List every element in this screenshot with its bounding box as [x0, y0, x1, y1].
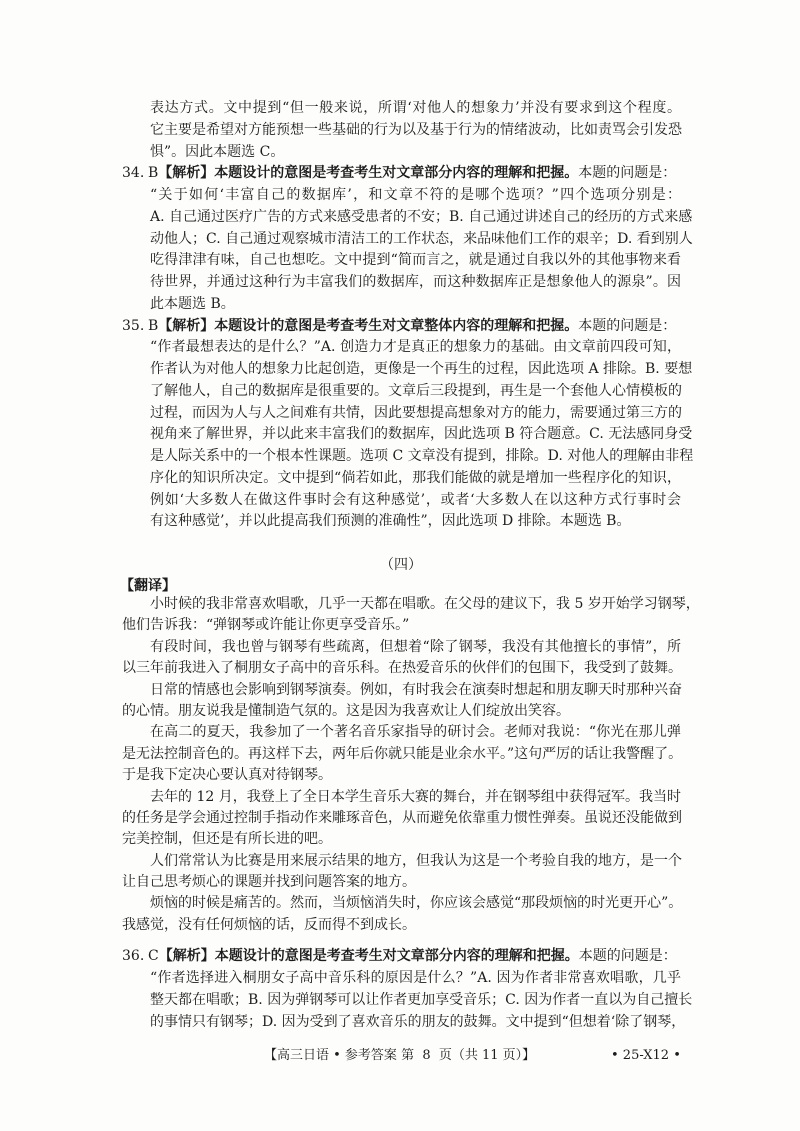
q34-line: 吃得津津有味，自己也想吃。文中提到“简而言之，就是通过自我以外的其他事物来看: [150, 250, 681, 272]
section-heading: （四）: [0, 554, 800, 576]
q36-line: “作者选择进入桐朋女子高中音乐科的原因是什么？”A. 因为作者非常喜欢唱歌，几乎: [150, 967, 681, 989]
paragraph-line: 日常的情感也会影响到钢琴演奏。例如，有时我会在演奏时想起和朋友聊天时那种兴奋: [150, 680, 681, 701]
q33-line: 惧”。因此本题选 C。: [150, 142, 681, 164]
paragraph-line: 的心情。朋友说我是懂制造气氛的。这是因为我喜欢让人们绽放出笑容。: [122, 701, 681, 722]
paragraph-line: 让自己思考烦心的课题并找到问题答案的地方。: [122, 872, 681, 893]
q35-analysis-tag: 【解析】: [158, 318, 214, 334]
q35-line: 例如‘大多数人在做这件事时会有这种感觉’，或者‘大多数人在以这种方式行事时会: [150, 490, 681, 512]
q34-line: A. 自己通过医疗广告的方式来感受患者的不安；B. 自己通过讲述自己的经历的方式…: [150, 207, 681, 229]
q34-line: “关于如何‘丰富自己的数据库’，和文章不符的是哪个选项？”四个选项分别是：: [150, 185, 681, 207]
q35-line: “作者最想表达的是什么？”A. 创造力才是真正的想象力的基础。由文章前四段可知，: [150, 337, 681, 359]
paragraph-line: 他们告诉我：“弹钢琴或许能让你更享受音乐。”: [122, 615, 681, 636]
q35-line: 作者认为对他人的想象力比起创造，更像是一个再生的过程，因此选项 A 排除。B. …: [150, 359, 681, 381]
q34-line: 待世界，并通过这种行为丰富我们的数据库，而这种数据库正是想象他人的源泉”。因: [150, 272, 681, 294]
paragraph-line: 烦恼的时候是痛苦的。然而，当烦恼消失时，你应该会感觉“那段烦恼的时光更开心”。: [150, 893, 681, 914]
q35-line: 序化的知识所决定。文中提到“倘若如此，那我们能做的就是增加一些程序化的知识，: [150, 468, 681, 490]
q36-line: 的事情只有钢琴；D. 因为受到了喜欢音乐的朋友的鼓舞。文中提到“但想着‘除了钢琴…: [150, 1011, 681, 1033]
q36-line: 整天都在唱歌；B. 因为弹钢琴可以让作者更加享受音乐；C. 因为作者一直以为自己…: [150, 989, 681, 1011]
q36-lead: 本题的问题是：: [579, 948, 677, 964]
paragraph-line: 完美控制，但还是有所长进的吧。: [122, 829, 681, 850]
q34-lead: 本题的问题是：: [578, 165, 676, 181]
q34-answer: B: [148, 163, 158, 185]
q35-line: 过程，而因为人与人之间难有共情，因此要想提高想象对方的能力，需要通过第三方的: [150, 403, 681, 425]
paragraph-line: 有段时间，我也曾与钢琴有些疏离，但想着“除了钢琴，我没有其他擅长的事情”，所: [150, 637, 681, 658]
q34-line: 此本题选 B。: [150, 294, 681, 316]
q35-line: 有这种感觉’，并以此提高我们预测的准确性”，因此选项 D 排除。本题选 B。: [150, 511, 681, 533]
q35-number: 35.: [122, 316, 144, 338]
paragraph-line: 是无法控制音色的。再这样下去，两年后你就只能是业余水平。”这句严厉的话让我警醒了…: [122, 744, 681, 765]
q35-line: 了解他人，自己的数据库是很重要的。文章后三段提到，再生是一个套他人心情模板的: [150, 381, 681, 403]
q34-header: 34.B【解析】本题设计的意图是考查考生对文章部分内容的理解和把握。本题的问题是…: [122, 163, 681, 185]
paragraph-line: 我感觉，没有任何烦恼的话，反而得不到成长。: [122, 915, 681, 936]
q36-intent: 本题设计的意图是考查考生对文章部分内容的理解和把握。: [215, 948, 579, 964]
paragraph-line: 以三年前我进入了桐朋女子高中的音乐科。在热爱音乐的伙伴们的包围下，我受到了鼓舞。: [122, 658, 681, 679]
q35-header: 35.B【解析】本题设计的意图是考查考生对文章整体内容的理解和把握。本题的问题是…: [122, 316, 681, 338]
q35-line: 视角来了解世界，并以此来丰富我们的数据库，因此选项 B 符合题意。C. 无法感同…: [150, 424, 681, 446]
q34-analysis-tag: 【解析】: [158, 165, 214, 181]
paragraph-line: 小时候的我非常喜欢唱歌，几乎一天都在唱歌。在父母的建议下，我 5 岁开始学习钢琴…: [150, 594, 681, 615]
q36-number: 36.: [122, 945, 144, 967]
q35-answer: B: [148, 316, 158, 338]
q34-intent: 本题设计的意图是考查考生对文章部分内容的理解和把握。: [214, 165, 578, 181]
q35-intent: 本题设计的意图是考查考生对文章整体内容的理解和把握。: [214, 318, 578, 334]
q34-line: 动他人；C. 自己通过观察城市清洁工的工作状态，来品味他们工作的艰辛；D. 看到…: [150, 229, 681, 251]
paragraph-line: 于是我下定决心要认真对待钢琴。: [122, 765, 681, 786]
footer-page-info: 【高三日语 • 参考答案 第 8 页（共 11 页）】: [264, 1047, 535, 1065]
paragraph-line: 在高二的夏天，我参加了一个著名音乐家指导的研讨会。老师对我说：“你光在那儿弹: [150, 722, 681, 743]
q35-lead: 本题的问题是：: [578, 318, 676, 334]
paragraph-line: 去年的 12 月，我登上了全日本学生音乐大赛的舞台，并在钢琴组中获得冠军。我当时: [150, 787, 681, 808]
answer-block-36: 36.C【解析】本题设计的意图是考查考生对文章部分内容的理解和把握。本题的问题是…: [122, 945, 681, 1033]
footer-code: • 25-X12 •: [611, 1047, 681, 1065]
q36-analysis-tag: 【解析】: [159, 948, 215, 964]
q34-number: 34.: [122, 163, 144, 185]
translation-body: 小时候的我非常喜欢唱歌，几乎一天都在唱歌。在父母的建议下，我 5 岁开始学习钢琴…: [122, 594, 681, 936]
q35-line: 是人际关系中的一个根本性课题。选项 C 文章没有提到，排除。D. 对他人的理解由…: [150, 446, 681, 468]
q33-line: 它主要是希望对方能预想一些基础的行为以及基于行为的情绪波动，比如责骂会引发恐: [150, 120, 681, 142]
q33-line: 表达方式。文中提到“但一般来说，所谓‘对他人的想象力’并没有要求到这个程度。: [150, 98, 681, 120]
q36-header: 36.C【解析】本题设计的意图是考查考生对文章部分内容的理解和把握。本题的问题是…: [122, 945, 681, 967]
paragraph-line: 的任务是学会通过控制手指动作来雕琢音色，从而避免依靠重力惯性弹奏。虽说还没能做到: [122, 808, 681, 829]
paragraph-line: 人们常常认为比赛是用来展示结果的地方，但我认为这是一个考验自我的地方，是一个: [150, 851, 681, 872]
answer-block-33-35: 表达方式。文中提到“但一般来说，所谓‘对他人的想象力’并没有要求到这个程度。 它…: [122, 98, 681, 533]
q36-answer: C: [148, 945, 159, 967]
